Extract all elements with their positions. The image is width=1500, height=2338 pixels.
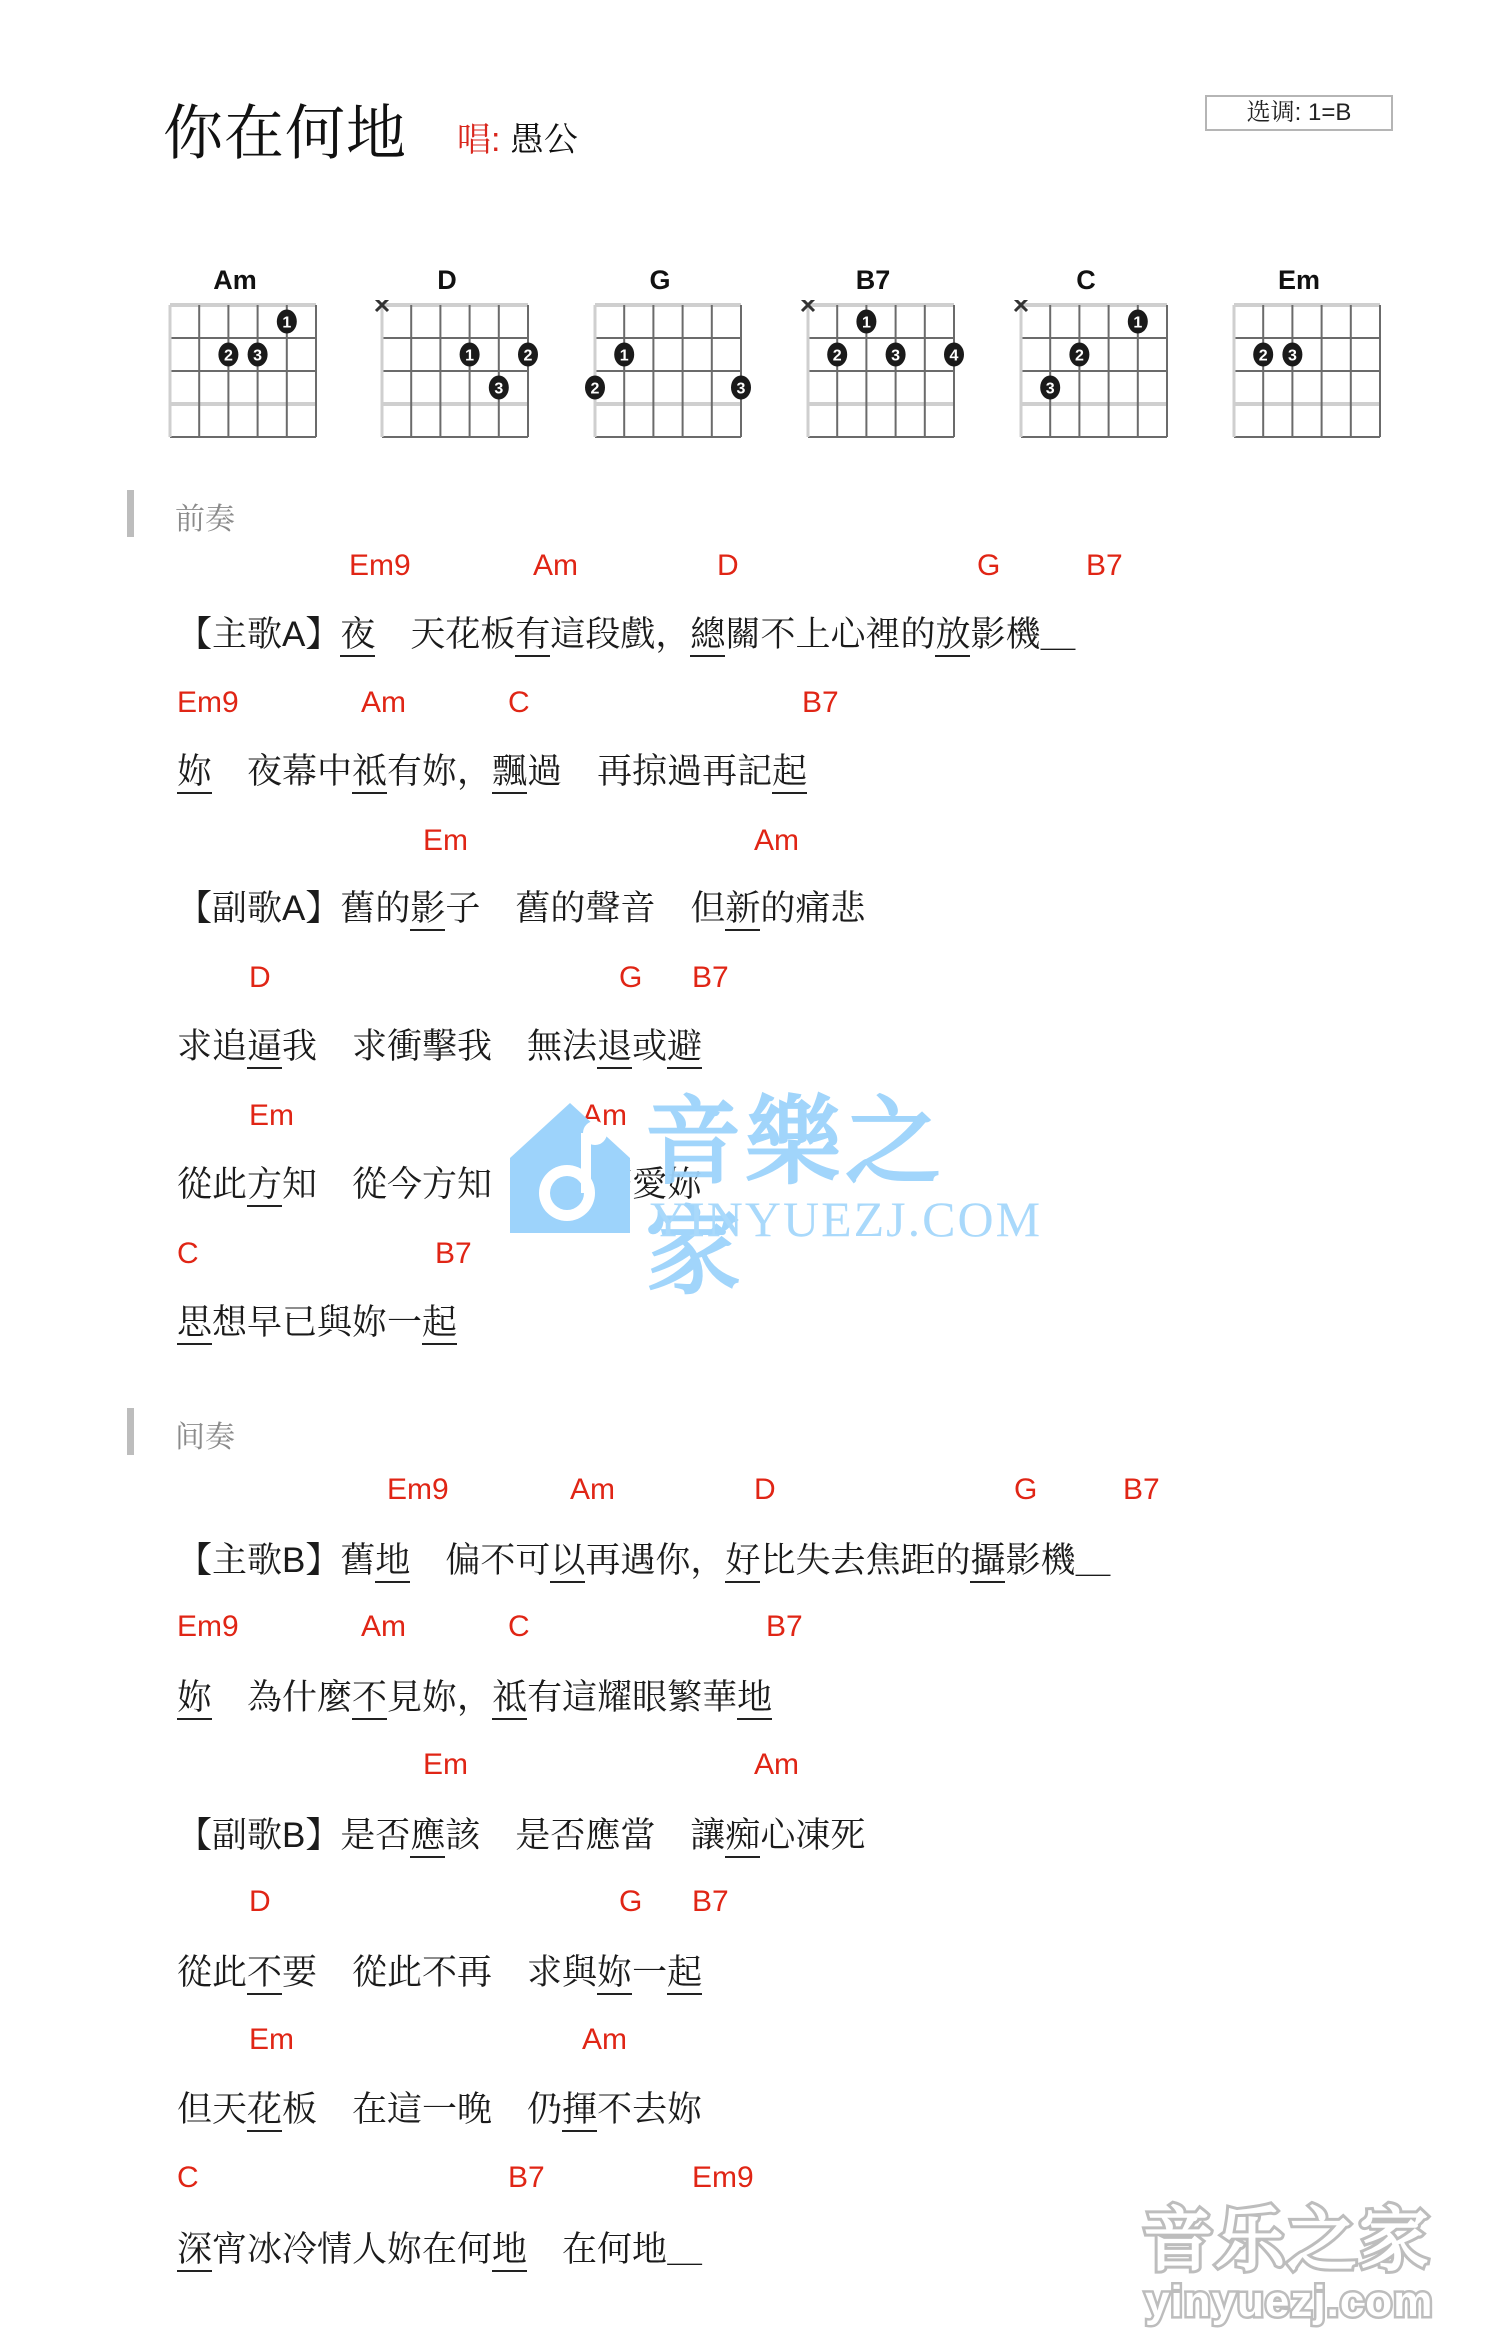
singer-name: 愚公 bbox=[510, 121, 578, 159]
chord-label[interactable]: C bbox=[508, 686, 530, 720]
svg-text:1: 1 bbox=[465, 348, 474, 365]
chord-diagram-am: Am123 bbox=[160, 265, 310, 440]
lyric-text: 從此 bbox=[177, 1953, 247, 1992]
chord-label[interactable]: C bbox=[508, 1610, 530, 1644]
lyric-text: 影機 bbox=[1005, 1541, 1075, 1580]
section-label: 间奏 bbox=[175, 1420, 235, 1456]
lyric-line: 但天花板 在這一晚 仍揮不去妳 bbox=[177, 2089, 702, 2131]
lyric-beat-mark: 地 bbox=[492, 2230, 527, 2272]
lyric-beat-mark: 總 bbox=[690, 615, 725, 657]
chord-label[interactable]: G bbox=[619, 961, 642, 995]
lyric-line: 從此方知 從今方知 是多麼愛妳 bbox=[177, 1164, 702, 1206]
lyric-beat-mark: 影 bbox=[410, 889, 445, 931]
chord-diagram-em: Em23 bbox=[1224, 265, 1374, 440]
svg-text:2: 2 bbox=[591, 381, 600, 398]
lyric-text: ＿ bbox=[1040, 615, 1075, 654]
lyric-beat-mark: 祗 bbox=[492, 1678, 527, 1720]
lyric-beat-mark: 起 bbox=[772, 752, 807, 794]
svg-text:4: 4 bbox=[950, 348, 959, 365]
lyric-text: 求追 bbox=[177, 1027, 247, 1066]
svg-text:2: 2 bbox=[1075, 348, 1084, 365]
chord-label[interactable]: B7 bbox=[802, 686, 839, 720]
song-title: 你在何地 bbox=[163, 98, 407, 170]
lyric-beat-mark: 放 bbox=[935, 615, 970, 657]
chord-diagram-name: G bbox=[585, 265, 735, 295]
chord-label[interactable]: Em9 bbox=[387, 1473, 449, 1507]
lyric-beat-mark: 地 bbox=[737, 1678, 772, 1720]
chord-diagram-b7: B71234 bbox=[798, 265, 948, 440]
lyric-text: 該 是否應當 讓 bbox=[445, 1816, 725, 1855]
chord-label[interactable]: Am bbox=[582, 1099, 627, 1133]
lyric-text: 為什麼 bbox=[212, 1678, 352, 1717]
chord-label[interactable]: B7 bbox=[766, 1610, 803, 1644]
chord-label[interactable]: D bbox=[249, 1885, 271, 1919]
lyric-beat-mark: 避 bbox=[667, 1027, 702, 1069]
lyric-line: 妳 為什麼不見妳，祗有這耀眼繁華地 bbox=[177, 1677, 772, 1719]
chord-label[interactable]: Am bbox=[533, 549, 578, 583]
lyric-line: 求追逼我 求衝擊我 無法退或避 bbox=[177, 1026, 702, 1068]
lyric-beat-mark: 深 bbox=[177, 2230, 212, 2272]
chord-label[interactable]: C bbox=[177, 2161, 199, 2195]
chord-label[interactable]: B7 bbox=[1123, 1473, 1160, 1507]
chord-label[interactable]: D bbox=[717, 549, 739, 583]
lyric-beat-mark: 夜 bbox=[340, 615, 375, 657]
lyric-text: 再遇你， bbox=[585, 1541, 725, 1580]
chord-label[interactable]: Em bbox=[249, 1099, 294, 1133]
lyric-text: 的痛悲 bbox=[760, 889, 865, 928]
lyric-beat-mark: 痴 bbox=[725, 1816, 760, 1858]
chord-label[interactable]: B7 bbox=[508, 2161, 545, 2195]
chord-label[interactable]: Am bbox=[754, 1748, 799, 1782]
lyric-text: 從此 bbox=[177, 1165, 247, 1204]
lyric-text: 宵冰冷情人妳在何 bbox=[212, 2230, 492, 2269]
watermark-corner-cn: 音乐之家 bbox=[1143, 2200, 1431, 2280]
chord-label[interactable]: B7 bbox=[692, 1885, 729, 1919]
lyric-text: 板 在這一晚 仍 bbox=[282, 2090, 562, 2129]
watermark-en: YINYUEZJ.COM bbox=[650, 1193, 1042, 1245]
svg-text:1: 1 bbox=[282, 315, 291, 332]
lyric-beat-mark: 退 bbox=[597, 1027, 632, 1069]
lyric-text: 天花板 bbox=[375, 615, 515, 654]
lyric-beat-mark: 妳 bbox=[597, 1953, 632, 1995]
svg-text:2: 2 bbox=[833, 348, 842, 365]
lyric-text: 在何地 bbox=[527, 2230, 667, 2269]
lyric-line: 從此不要 從此不再 求與妳一起 bbox=[177, 1952, 702, 1994]
chord-label[interactable]: Em9 bbox=[177, 1610, 239, 1644]
svg-text:2: 2 bbox=[1259, 348, 1268, 365]
lyric-beat-mark: 妳 bbox=[177, 1678, 212, 1720]
lyric-text: 心凍死 bbox=[760, 1816, 865, 1855]
lyric-line: 【主歌A】夜 天花板有這段戲，總關不上心裡的放影機＿ bbox=[177, 614, 1076, 656]
lyric-beat-mark: 不 bbox=[352, 1678, 387, 1720]
chord-label[interactable]: Em bbox=[423, 824, 468, 858]
svg-text:3: 3 bbox=[891, 348, 900, 365]
lyric-beat-mark: 揮 bbox=[562, 2090, 597, 2132]
chord-label[interactable]: G bbox=[1014, 1473, 1037, 1507]
lyric-line: 【副歌A】舊的影子 舊的聲音 但新的痛悲 bbox=[177, 888, 865, 930]
singer-label: 唱: bbox=[457, 121, 500, 159]
lyric-text: 影機 bbox=[970, 615, 1040, 654]
chord-label[interactable]: D bbox=[249, 961, 271, 995]
lyric-beat-mark: 起 bbox=[422, 1303, 457, 1345]
lyric-text: 比失去焦距的 bbox=[760, 1541, 970, 1580]
lyric-text: 不去妳 bbox=[597, 2090, 702, 2129]
lyric-text: 關不上心裡的 bbox=[725, 615, 935, 654]
watermark-corner-en: yinyuezj.com bbox=[1145, 2278, 1433, 2326]
lyric-text: 我 求衝擊我 無法 bbox=[282, 1027, 597, 1066]
lyric-line: 妳 夜幕中祗有妳，飄過 再掠過再記起 bbox=[177, 751, 807, 793]
fretboard-grid: 123 bbox=[160, 300, 306, 432]
lyric-text: 麼愛妳 bbox=[597, 1165, 702, 1204]
chord-label[interactable]: Am bbox=[582, 2023, 627, 2057]
lyric-line: 深宵冰冷情人妳在何地 在何地＿ bbox=[177, 2229, 702, 2271]
lyric-text: 【副歌A】舊的 bbox=[177, 889, 410, 928]
chord-diagram-c: C123 bbox=[1011, 265, 1161, 440]
lyric-text: 想早已與妳一 bbox=[212, 1303, 422, 1342]
svg-text:1: 1 bbox=[620, 348, 629, 365]
lyric-text: 【副歌B】是否 bbox=[177, 1816, 410, 1855]
lyric-beat-mark: 飄 bbox=[492, 752, 527, 794]
lyric-line: 【主歌B】舊地 偏不可以再遇你，好比失去焦距的攝影機＿ bbox=[177, 1540, 1111, 1582]
section-label: 前奏 bbox=[175, 502, 235, 538]
chord-diagram-name: C bbox=[1011, 265, 1161, 295]
lyric-beat-mark: 以 bbox=[550, 1541, 585, 1583]
lyric-text: 子 舊的聲音 但 bbox=[445, 889, 725, 928]
fretboard-grid: 123 bbox=[585, 300, 731, 432]
chord-label[interactable]: B7 bbox=[692, 961, 729, 995]
svg-text:1: 1 bbox=[1133, 315, 1142, 332]
chord-label[interactable]: D bbox=[754, 1473, 776, 1507]
key-select-button[interactable]: 选调: 1=B bbox=[1205, 95, 1393, 131]
chord-diagram-name: Em bbox=[1224, 265, 1374, 295]
chord-label[interactable]: Em9 bbox=[349, 549, 411, 583]
lyric-text: 或 bbox=[632, 1027, 667, 1066]
lyric-beat-mark: 方 bbox=[247, 1165, 282, 1207]
chord-label[interactable]: Am bbox=[570, 1473, 615, 1507]
lyric-beat-mark: 祗 bbox=[352, 752, 387, 794]
chord-diagram-name: Am bbox=[160, 265, 310, 295]
lyric-text: 但天 bbox=[177, 2090, 247, 2129]
chord-diagram-d: D123 bbox=[372, 265, 522, 440]
watermark-corner: 音乐之家 yinyuezj.com bbox=[1143, 2200, 1473, 2330]
chord-label[interactable]: Em bbox=[249, 2023, 294, 2057]
lyric-beat-mark: 逼 bbox=[247, 1027, 282, 1069]
lyric-text: ＿ bbox=[1075, 1541, 1110, 1580]
lyric-beat-mark: 應 bbox=[410, 1816, 445, 1858]
fretboard-grid: 1234 bbox=[798, 300, 944, 432]
lyric-text: 【主歌B】舊 bbox=[177, 1541, 375, 1580]
lyric-text: 偏不可 bbox=[410, 1541, 550, 1580]
lyric-beat-mark: 有 bbox=[515, 615, 550, 657]
lyric-text: 一 bbox=[632, 1953, 667, 1992]
lyric-text: 知 從今方知 是 bbox=[282, 1165, 562, 1204]
lyric-text: 有這耀眼繁華 bbox=[527, 1678, 737, 1717]
chord-diagram-g: G123 bbox=[585, 265, 735, 440]
lyric-line: 思想早已與妳一起 bbox=[177, 1302, 457, 1344]
section-marker bbox=[127, 490, 134, 537]
chord-label[interactable]: G bbox=[977, 549, 1000, 583]
svg-text:3: 3 bbox=[253, 348, 262, 365]
lyric-beat-mark: 妳 bbox=[177, 752, 212, 794]
chord-diagram-name: D bbox=[372, 265, 522, 295]
lyric-text: 這段戲， bbox=[550, 615, 690, 654]
chord-label[interactable]: Em bbox=[423, 1748, 468, 1782]
chord-label[interactable]: B7 bbox=[435, 1237, 472, 1271]
chord-label[interactable]: B7 bbox=[1086, 549, 1123, 583]
fretboard-grid: 123 bbox=[1011, 300, 1157, 432]
lyric-text: 夜幕中 bbox=[212, 752, 352, 791]
fretboard-grid: 23 bbox=[1224, 300, 1370, 432]
chord-label[interactable]: Am bbox=[361, 1610, 406, 1644]
section-marker bbox=[127, 1408, 134, 1455]
svg-text:1: 1 bbox=[862, 315, 871, 332]
lyric-line: 【副歌B】是否應該 是否應當 讓痴心凍死 bbox=[177, 1815, 865, 1857]
chord-diagram-name: B7 bbox=[798, 265, 948, 295]
lyric-beat-mark: 花 bbox=[247, 2090, 282, 2132]
chord-label[interactable]: G bbox=[619, 1885, 642, 1919]
lyric-beat-mark: 不 bbox=[247, 1953, 282, 1995]
lyric-beat-mark: 地 bbox=[375, 1541, 410, 1583]
singer-info: 唱: 愚公 bbox=[457, 120, 578, 160]
lyric-text: 見妳， bbox=[387, 1678, 492, 1717]
lyric-text: 過 再掠過再記 bbox=[527, 752, 772, 791]
svg-text:3: 3 bbox=[737, 381, 746, 398]
svg-text:2: 2 bbox=[524, 348, 533, 365]
chord-label[interactable]: Em9 bbox=[692, 2161, 754, 2195]
chord-label[interactable]: Am bbox=[361, 686, 406, 720]
lyric-text: 有妳， bbox=[387, 752, 492, 791]
lyric-text: ＿ bbox=[667, 2230, 702, 2269]
lyric-text: 要 從此不再 求與 bbox=[282, 1953, 597, 1992]
svg-text:3: 3 bbox=[1046, 381, 1055, 398]
fretboard-grid: 123 bbox=[372, 300, 518, 432]
chord-label[interactable]: Em9 bbox=[177, 686, 239, 720]
lyric-beat-mark: 好 bbox=[725, 1541, 760, 1583]
lyric-beat-mark: 新 bbox=[725, 889, 760, 931]
lyric-beat-mark: 起 bbox=[667, 1953, 702, 1995]
svg-text:3: 3 bbox=[1288, 348, 1297, 365]
lyric-beat-mark: 多 bbox=[562, 1165, 597, 1207]
chord-label[interactable]: Am bbox=[754, 824, 799, 858]
svg-text:3: 3 bbox=[494, 381, 503, 398]
lyric-beat-mark: 思 bbox=[177, 1303, 212, 1345]
lyric-beat-mark: 攝 bbox=[970, 1541, 1005, 1583]
chord-label[interactable]: C bbox=[177, 1237, 199, 1271]
lyric-text: 【主歌A】 bbox=[177, 615, 340, 654]
svg-text:2: 2 bbox=[224, 348, 233, 365]
